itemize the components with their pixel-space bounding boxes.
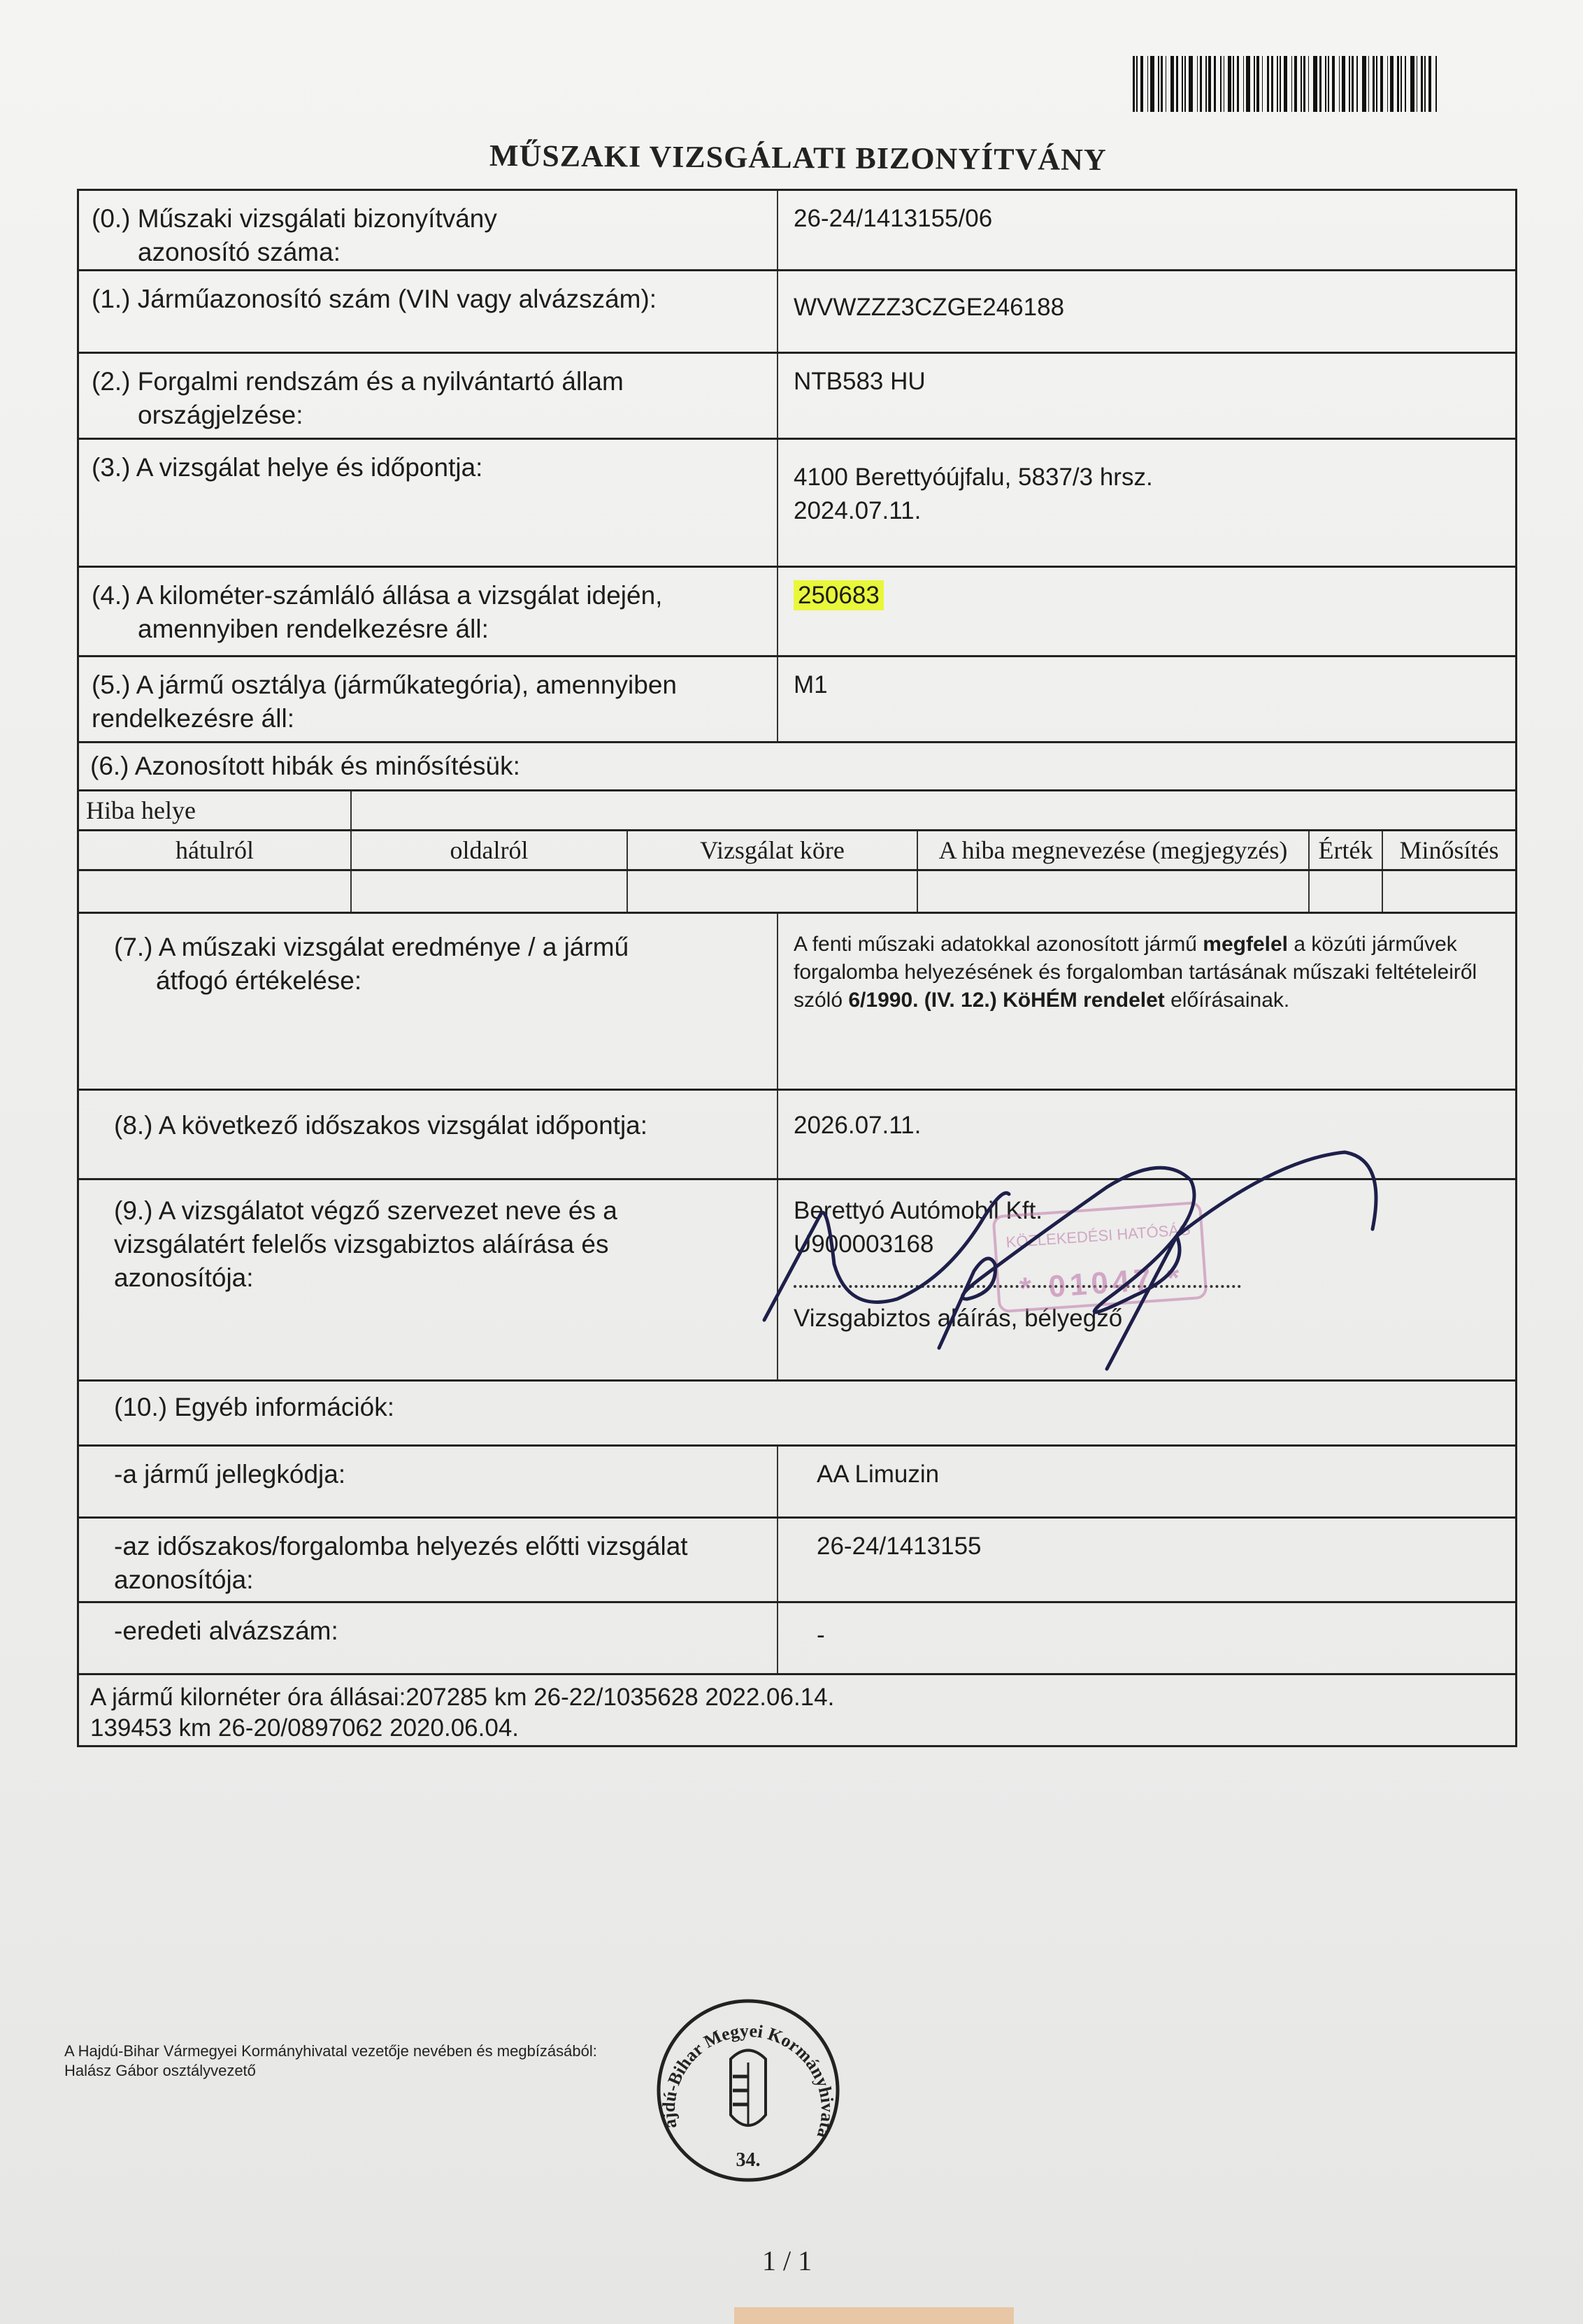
field-label: (2.) Forgalmi rendszám és a nyilvántartó… — [79, 354, 778, 438]
col-header: A hiba megnevezése (megjegyzés) — [918, 831, 1310, 869]
table-surface-edge — [734, 2307, 1014, 2324]
svg-text:Hajdú-Bihar Megyei Kormányhiva: Hajdú-Bihar Megyei Kormányhivatal — [650, 1993, 838, 2141]
defects-column-header-row: hátulról oldalról Vizsgálat köre A hiba … — [79, 831, 1515, 871]
field-label: (5.) A jármű osztálya (járműkategória), … — [79, 657, 778, 741]
document-title: MŰSZAKI VIZSGÁLATI BIZONYÍTVÁNY — [489, 138, 1107, 178]
page-number: 1 / 1 — [762, 2244, 812, 2277]
field-row-odometer: (4.) A kilométer-számláló állása a vizsg… — [77, 568, 1517, 657]
defects-table: Hiba helye hátulról oldalról Vizsgálat k… — [77, 791, 1517, 914]
barcode-icon — [1133, 56, 1503, 112]
field-row-place-date: (3.) A vizsgálat helye és időpontja: 410… — [77, 440, 1517, 568]
field-label: (8.) A következő időszakos vizsgálat idő… — [79, 1091, 778, 1178]
location-header: Hiba helye — [79, 791, 352, 829]
official-seal-icon: Hajdú-Bihar Megyei Kormányhivatal 34. — [650, 1993, 846, 2188]
field-row-inspector: (9.) A vizsgálatot végző szervezet neve … — [77, 1180, 1517, 1382]
other-info-row: -az időszakos/forgalomba helyezés előtti… — [77, 1519, 1517, 1603]
highlighted-odometer: 250683 — [794, 580, 884, 610]
defects-section-header: (6.) Azonosított hibák és minősítésük: — [77, 743, 1517, 791]
defects-empty-row — [79, 871, 1515, 912]
col-header: Minősítés — [1383, 831, 1515, 869]
col-header: Érték — [1310, 831, 1383, 869]
field-label: (4.) A kilométer-számláló állása a vizsg… — [79, 568, 778, 655]
authority-stamp: KÖZLEKEDÉSI HATÓSÁG * 01047 * — [991, 1201, 1208, 1314]
field-row-next-inspection: (8.) A következő időszakos vizsgálat idő… — [77, 1091, 1517, 1180]
certificate-id-value: 26-24/1413155/06 — [778, 191, 1515, 269]
plate-value: NTB583 HU — [778, 354, 1515, 438]
other-info-row: -eredeti alvázszám: - — [77, 1603, 1517, 1675]
col-header: Vizsgálat köre — [628, 831, 918, 869]
col-header: oldalról — [352, 831, 628, 869]
field-label: (9.) A vizsgálatot végző szervezet neve … — [79, 1180, 778, 1379]
vin-value: WVWZZZ3CZGE246188 — [778, 271, 1515, 352]
prior-inspection-id-value: 26-24/1413155 — [778, 1519, 1515, 1601]
field-label: (3.) A vizsgálat helye és időpontja: — [79, 440, 778, 566]
result-statement: A fenti műszaki adatokkal azonosított já… — [778, 914, 1515, 1089]
field-label: (7.) A műszaki vizsgálat eredménye / a j… — [79, 914, 778, 1089]
field-label: (1.) Járműazonosító szám (VIN vagy alváz… — [79, 271, 778, 352]
vehicle-class-value: M1 — [778, 657, 1515, 741]
field-row-certificate-id: (0.) Műszaki vizsgálati bizonyítvány azo… — [77, 189, 1517, 271]
vehicle-type-code-value: AA Limuzin — [778, 1447, 1515, 1516]
odometer-history: A jármű kilornéter óra állásai:207285 km… — [79, 1675, 1515, 1745]
next-inspection-value: 2026.07.11. — [778, 1091, 1515, 1178]
field-row-result: (7.) A műszaki vizsgálat eredménye / a j… — [77, 914, 1517, 1091]
field-label: (0.) Műszaki vizsgálati bizonyítvány azo… — [79, 191, 778, 269]
col-header: hátulról — [79, 831, 352, 869]
other-info-header: (10.) Egyéb információk: — [77, 1382, 1517, 1447]
inspector-details: Berettyó Autómobil Kft. U900003168 KÖZLE… — [778, 1180, 1515, 1379]
other-info-row: -a jármű jellegkódja: AA Limuzin — [77, 1447, 1517, 1519]
defects-location-header-row: Hiba helye — [79, 791, 1515, 831]
signature-caption: Vizsgabiztos aláírás, bélyegző — [794, 1302, 1500, 1335]
field-row-plate: (2.) Forgalmi rendszám és a nyilvántartó… — [77, 354, 1517, 440]
original-chassis-value: - — [778, 1603, 1515, 1673]
svg-text:34.: 34. — [736, 2149, 761, 2171]
place-date-value: 4100 Berettyóújfalu, 5837/3 hrsz. 2024.0… — [778, 440, 1515, 566]
certificate-form: (0.) Műszaki vizsgálati bizonyítvány azo… — [77, 189, 1517, 1747]
field-row-vehicle-class: (5.) A jármű osztálya (járműkategória), … — [77, 657, 1517, 743]
odometer-history-row: A jármű kilornéter óra állásai:207285 km… — [77, 1675, 1517, 1747]
authority-note: A Hajdú-Bihar Vármegyei Kormányhivatal v… — [64, 2042, 597, 2081]
odometer-value: 250683 — [778, 568, 1515, 655]
field-row-vin: (1.) Járműazonosító szám (VIN vagy alváz… — [77, 271, 1517, 354]
